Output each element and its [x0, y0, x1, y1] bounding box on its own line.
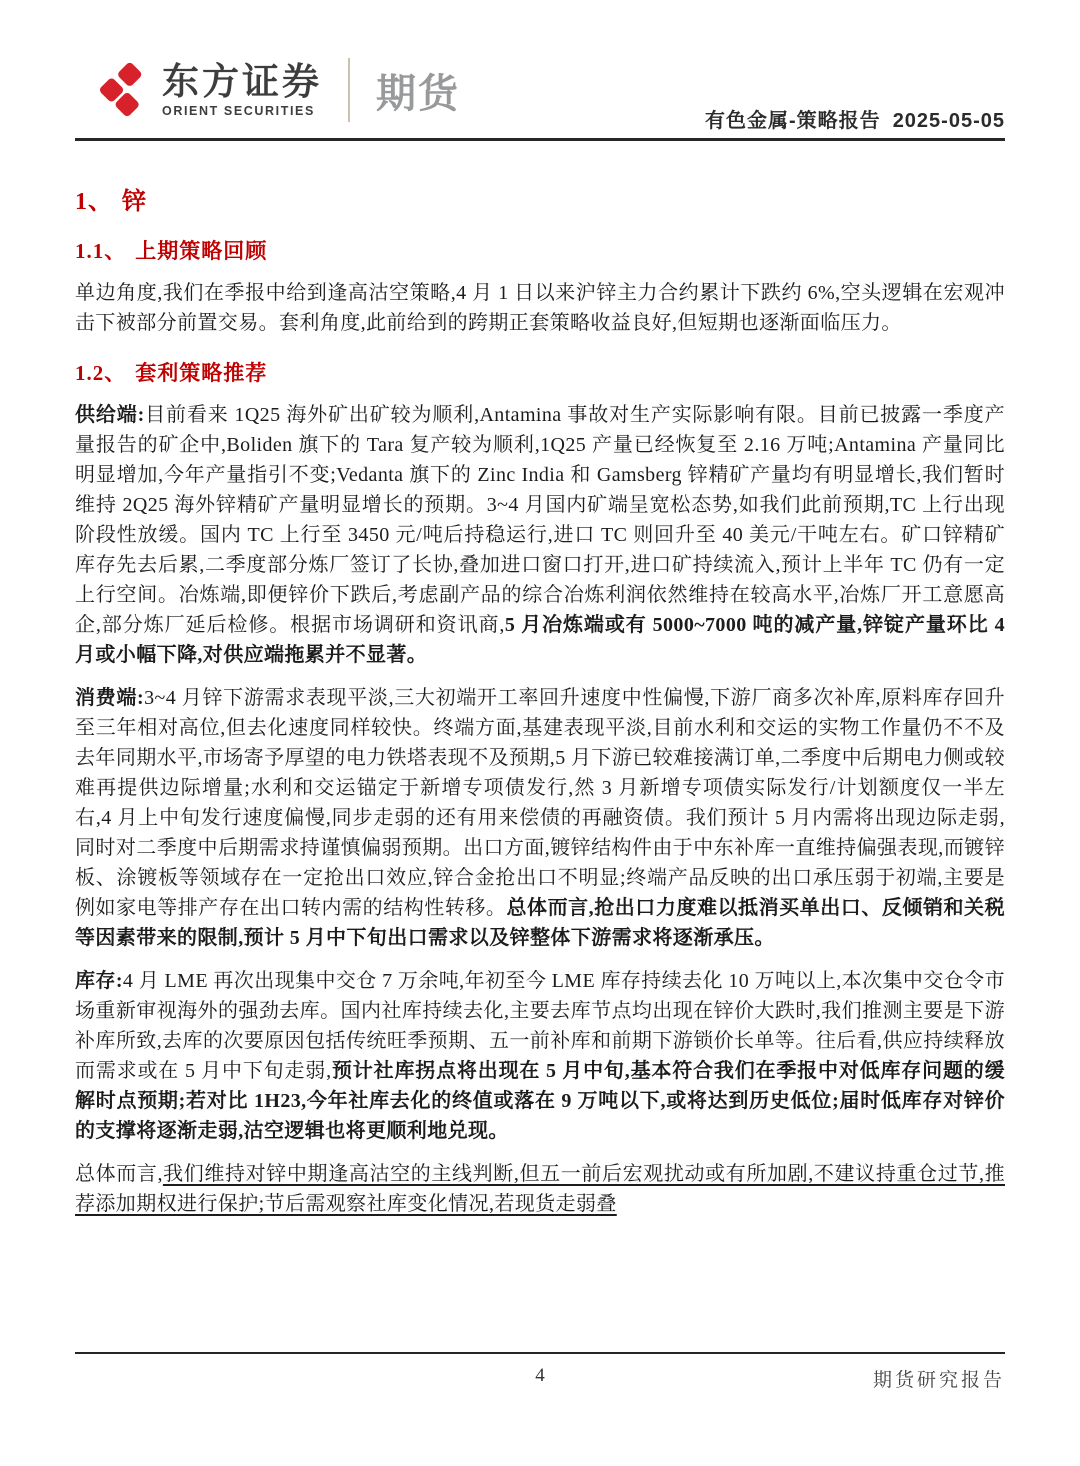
report-footer: 4 期货研究报告 — [75, 1352, 1005, 1391]
paragraph-overall: 总体而言,我们维持对锌中期逢高沽空的主线判断,但五一前后宏观扰动或有所加剧,不建… — [75, 1159, 1005, 1219]
report-date: 2025-05-05 — [893, 110, 1005, 132]
report-body: 1、锌 1.1、上期策略回顾 单边角度,我们在季报中给到逢高沽空策略,4 月 1… — [75, 141, 1005, 1349]
footer-rule — [75, 1352, 1005, 1354]
business-unit-label: 期货 — [376, 62, 460, 119]
supply-label: 供给端: — [75, 404, 145, 426]
section-title: 套利策略推荐 — [135, 361, 267, 385]
section-number: 1.1、 — [75, 239, 126, 263]
demand-text: 3~4 月锌下游需求表现平淡,三大初端开工率回升速度中性偏慢,下游厂商多次补库,… — [75, 687, 1005, 919]
paragraph-supply: 供给端:目前看来 1Q25 海外矿出矿较为顺利,Antamina 事故对生产实际… — [75, 400, 1005, 670]
overall-lead: 总体而言, — [75, 1163, 163, 1185]
logo-name-cn: 东方证券 — [162, 63, 322, 100]
header-divider — [348, 58, 350, 122]
doc-info: 有色金属-策略报告2025-05-05 — [705, 104, 1005, 133]
demand-label: 消费端: — [75, 687, 144, 709]
report-category: 有色金属-策略报告 — [705, 110, 881, 132]
inventory-label: 库存: — [75, 970, 123, 992]
section-heading-1-2: 1.2、套利策略推荐 — [75, 357, 1005, 387]
orient-diamond-icon — [98, 61, 150, 119]
supply-text: 目前看来 1Q25 海外矿出矿较为顺利,Antamina 事故对生产实际影响有限… — [75, 404, 1005, 636]
report-page: 东方证券 ORIENT SECURITIES 期货 有色金属-策略报告2025-… — [0, 0, 1080, 1466]
logo-name-en: ORIENT SECURITIES — [162, 105, 322, 118]
footer-row: 4 期货研究报告 — [75, 1365, 1005, 1391]
report-header: 东方证券 ORIENT SECURITIES 期货 有色金属-策略报告2025-… — [0, 0, 1080, 138]
footer-label: 期货研究报告 — [873, 1365, 1005, 1392]
section-number: 1、 — [75, 189, 113, 215]
overall-underlined-text: 我们维持对锌中期逢高沽空的主线判断,但五一前后宏观扰动或有所加剧,不建议持重仓过… — [75, 1163, 1005, 1215]
paragraph-inventory: 库存:4 月 LME 再次出现集中交仓 7 万余吨,年初至今 LME 库存持续去… — [75, 966, 1005, 1146]
section-title: 上期策略回顾 — [135, 239, 267, 263]
section-title: 锌 — [122, 189, 147, 215]
section-number: 1.2、 — [75, 361, 126, 385]
logo-text: 东方证券 ORIENT SECURITIES — [162, 63, 322, 118]
section-heading-1-1: 1.1、上期策略回顾 — [75, 235, 1005, 265]
paragraph-review: 单边角度,我们在季报中给到逢高沽空策略,4 月 1 日以来沪锌主力合约累计下跌约… — [75, 278, 1005, 338]
section-heading-1: 1、锌 — [75, 181, 1005, 216]
orient-securities-logo: 东方证券 ORIENT SECURITIES 期货 — [98, 58, 460, 122]
paragraph-demand: 消费端:3~4 月锌下游需求表现平淡,三大初端开工率回升速度中性偏慢,下游厂商多… — [75, 683, 1005, 953]
review-text: 单边角度,我们在季报中给到逢高沽空策略,4 月 1 日以来沪锌主力合约累计下跌约… — [75, 282, 1005, 334]
page-number: 4 — [75, 1365, 1005, 1387]
